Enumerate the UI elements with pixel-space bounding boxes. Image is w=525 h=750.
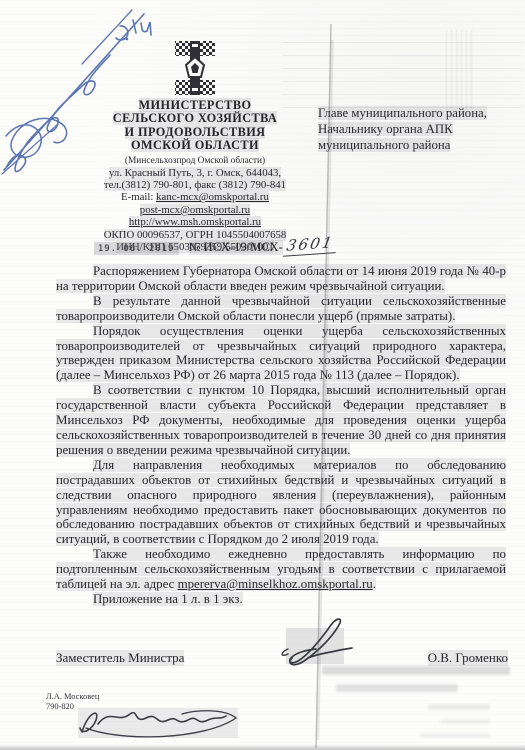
scanned-letter-page: МИНИСТЕРСТВО СЕЛЬСКОГО ХОЗЯЙСТВА И ПРОДО… <box>0 0 525 750</box>
handwritten-resolution-ink <box>0 2 156 212</box>
executor-signature-ink <box>72 698 252 746</box>
minister-signature-ink <box>268 610 368 678</box>
